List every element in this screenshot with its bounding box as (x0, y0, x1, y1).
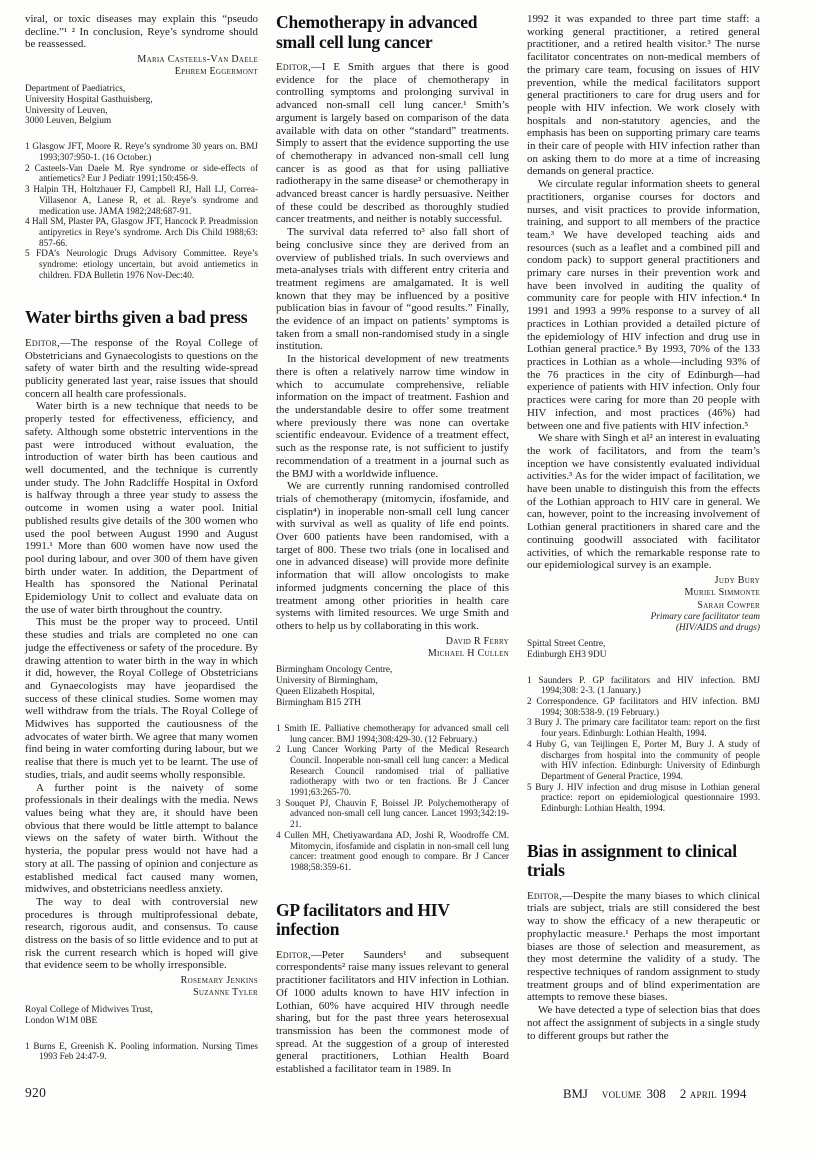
reference-item: 5 Bury J. HIV infection and drug misuse … (527, 782, 760, 814)
paragraph: In the historical development of new tre… (276, 353, 509, 480)
paragraph-group: Editor,—Despite the many biases to which… (527, 890, 760, 1042)
reference-number: 5 (527, 782, 535, 792)
signature-block: David R FerryMichael H Cullen (276, 636, 509, 661)
article-title-chemotherapy: Chemotherapy in advanced small cell lung… (276, 13, 509, 52)
reference-number: 2 (25, 163, 35, 173)
paragraph: The way to deal with controversial new p… (25, 896, 258, 972)
paragraph: This must be the proper way to proceed. … (25, 616, 258, 781)
address-line: Edinburgh EH3 9DU (527, 650, 760, 661)
reference-number: 4 (25, 216, 32, 226)
address-line: Royal College of Midwives Trust, (25, 1005, 258, 1016)
reference-list: 1 Burns E, Greenish K. Pooling informati… (25, 1041, 258, 1062)
editor-opener: Editor (276, 949, 308, 961)
paragraph-group: 1992 it was expanded to three part time … (527, 13, 760, 572)
reference-number: 3 (276, 798, 285, 808)
article-bias-assignment: Bias in assignment to clinical trials Ed… (527, 842, 760, 1042)
paragraph-group: viral, or toxic diseases may explain thi… (25, 13, 258, 51)
issue-date: 2 april 1994 (680, 1087, 747, 1101)
address-line: London W1M 0BE (25, 1016, 258, 1027)
reference-number: 5 (25, 248, 36, 258)
article-title-water-births: Water births given a bad press (25, 308, 258, 328)
signature-name: Maria Casteels-Van Daele (25, 54, 258, 66)
reference-number: 2 (276, 744, 287, 754)
reference-number: 4 (276, 830, 284, 840)
reference-number: 3 (527, 717, 535, 727)
paragraph: A further point is the naivety of some p… (25, 782, 258, 896)
paragraph: Editor,—Peter Saunders¹ and subsequent c… (276, 949, 509, 1076)
reference-item: 5 FDA’s Neurologic Drugs Advisory Commit… (25, 248, 258, 280)
editor-opener: Editor (276, 61, 308, 73)
address-line: University of Leuven, (25, 106, 258, 117)
reference-list: 1 Saunders P. GP facilitators and HIV in… (527, 675, 760, 814)
article-title-bias-assignment: Bias in assignment to clinical trials (527, 842, 760, 881)
signature-block: Maria Casteels-Van DaeleEphrem Eggermont (25, 54, 258, 79)
article-water-births: Water births given a bad press Editor,—T… (25, 308, 258, 1061)
reference-item: 2 Casteels-Van Daele M. Rye syndrome or … (25, 163, 258, 184)
article-gp-facilitators: GP facilitators and HIV infection Editor… (276, 901, 509, 1076)
reference-number: 2 (527, 696, 536, 706)
signature-name: Rosemary Jenkins (25, 975, 258, 987)
signature-roles: Primary care facilitator team(HIV/AIDS a… (527, 612, 760, 634)
article-gp-facilitators-continued: 1992 it was expanded to three part time … (527, 13, 760, 814)
reference-number: 1 (276, 723, 284, 733)
paragraph-group: Editor,—Peter Saunders¹ and subsequent c… (276, 949, 509, 1076)
reference-item: 3 Halpin TH, Holtzhauer FJ, Campbell RJ,… (25, 184, 258, 216)
address-line: Spittal Street Centre, (527, 639, 760, 650)
paragraph: We are currently running randomised cont… (276, 480, 509, 632)
paragraph: We circulate regular information sheets … (527, 178, 760, 432)
signature-name: David R Ferry (276, 636, 509, 648)
reference-item: 3 Bury J. The primary care facilitator t… (527, 717, 760, 738)
signature-name: Sarah Cowper (527, 600, 760, 612)
article-reye-syndrome-continuation: viral, or toxic diseases may explain thi… (25, 13, 258, 280)
reference-item: 2 Lung Cancer Working Party of the Medic… (276, 744, 509, 798)
reference-item: 4 Hall SM, Plaster PA, Glasgow JFT, Hanc… (25, 216, 258, 248)
reference-item: 1 Glasgow JFT, Moore R. Reye’s syndrome … (25, 141, 258, 162)
reference-number: 1 (25, 1041, 33, 1051)
reference-item: 1 Saunders P. GP facilitators and HIV in… (527, 675, 760, 696)
address-line: 3000 Leuven, Belgium (25, 116, 258, 127)
reference-item: 4 Huby G, van Teijlingen E, Porter M, Bu… (527, 739, 760, 782)
reference-item: 2 Correspondence. GP facilitators and HI… (527, 696, 760, 717)
address-block: Royal College of Midwives Trust,London W… (25, 1005, 258, 1027)
paragraph: 1992 it was expanded to three part time … (527, 13, 760, 178)
paragraph-group: Editor,—The response of the Royal Colleg… (25, 337, 258, 972)
reference-number: 1 (25, 141, 32, 151)
address-line: University Hospital Gasthuisberg, (25, 95, 258, 106)
editor-opener: Editor (25, 337, 57, 349)
column-3: 1992 it was expanded to three part time … (527, 13, 760, 1104)
reference-item: 4 Cullen MH, Chetiyawardana AD, Joshi R,… (276, 830, 509, 873)
address-line: Birmingham Oncology Centre, (276, 665, 509, 676)
reference-number: 4 (527, 739, 536, 749)
signature-name: Suzanne Tyler (25, 987, 258, 999)
article-title-gp-facilitators: GP facilitators and HIV infection (276, 901, 509, 940)
paragraph-group: Editor,—I E Smith argues that there is g… (276, 61, 509, 633)
signature-name: Muriel Simmonte (527, 587, 760, 599)
signature-role: (HIV/AIDS and drugs) (527, 623, 760, 634)
reference-number: 1 (527, 675, 539, 685)
signature-name: Michael H Cullen (276, 648, 509, 660)
reference-item: 1 Burns E, Greenish K. Pooling informati… (25, 1041, 258, 1062)
address-block: Department of Paediatrics,University Hos… (25, 84, 258, 128)
address-line: Queen Elizabeth Hospital, (276, 687, 509, 698)
signature-name: Judy Bury (527, 575, 760, 587)
page-columns: viral, or toxic diseases may explain thi… (0, 0, 816, 1104)
volume-label: volume (602, 1087, 642, 1101)
column-1: viral, or toxic diseases may explain thi… (25, 13, 258, 1104)
paragraph: The survival data referred to³ also fall… (276, 226, 509, 353)
journal-page: viral, or toxic diseases may explain thi… (0, 0, 816, 1154)
address-block: Spittal Street Centre,Edinburgh EH3 9DU (527, 639, 760, 661)
address-block: Birmingham Oncology Centre,University of… (276, 665, 509, 709)
editor-opener: Editor (527, 890, 559, 902)
signature-role: Primary care facilitator team (527, 612, 760, 623)
paragraph: Water birth is a new technique that need… (25, 400, 258, 616)
paragraph: We share with Singh et al² an interest i… (527, 432, 760, 572)
signature-block: Judy BuryMuriel SimmonteSarah Cowper Pri… (527, 575, 760, 634)
signature-name: Ephrem Eggermont (25, 66, 258, 78)
signature-names: Judy BuryMuriel SimmonteSarah Cowper (527, 575, 760, 612)
paragraph: viral, or toxic diseases may explain thi… (25, 13, 258, 51)
page-number: 920 (25, 1085, 46, 1101)
address-line: Department of Paediatrics, (25, 84, 258, 95)
paragraph: Editor,—The response of the Royal Colleg… (25, 337, 258, 401)
journal-name: BMJ (563, 1087, 588, 1101)
reference-list: 1 Glasgow JFT, Moore R. Reye’s syndrome … (25, 141, 258, 280)
signature-block: Rosemary JenkinsSuzanne Tyler (25, 975, 258, 1000)
journal-footer: BMJvolume3082 april 1994 (563, 1087, 747, 1102)
reference-list: 1 Smith IE. Palliative chemotherapy for … (276, 723, 509, 873)
volume-number: 308 (647, 1087, 666, 1101)
reference-item: 3 Souquet PJ, Chauvin F, Boissel JP. Pol… (276, 798, 509, 830)
paragraph: We have detected a type of selection bia… (527, 1004, 760, 1042)
address-line: University of Birmingham, (276, 676, 509, 687)
paragraph: Editor,—I E Smith argues that there is g… (276, 61, 509, 226)
reference-item: 1 Smith IE. Palliative chemotherapy for … (276, 723, 509, 744)
address-line: Birmingham B15 2TH (276, 698, 509, 709)
article-chemotherapy: Chemotherapy in advanced small cell lung… (276, 13, 509, 873)
column-2: Chemotherapy in advanced small cell lung… (276, 13, 509, 1104)
reference-number: 3 (25, 184, 33, 194)
paragraph: Editor,—Despite the many biases to which… (527, 890, 760, 1004)
